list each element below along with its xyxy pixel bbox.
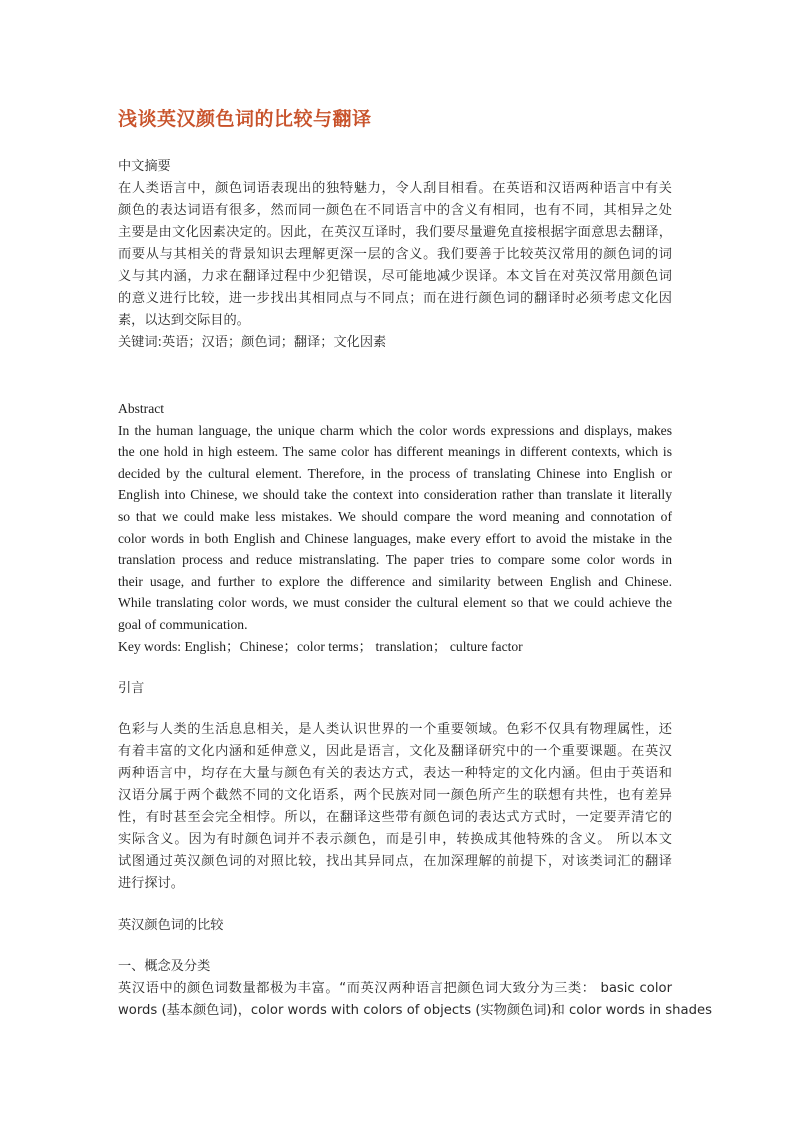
introduction-line: 汉语分属于两个截然不同的文化语系，两个民族对同一颜色所产生的联想有共性，也有差异 <box>118 785 672 807</box>
comparison-heading-block: 英汉颜色词的比较 <box>118 915 672 937</box>
document-title: 浅谈英汉颜色词的比较与翻译 <box>118 104 372 131</box>
introduction-line: 性，有时甚至会完全相悖。所以，在翻译这些带有颜色词的表达式方式时，一定要弄清它的 <box>118 807 672 829</box>
comparison-section: 一、概念及分类 英汉语中的颜色词数量都极为丰富。“而英汉两种语言把颜色词大致分为… <box>118 956 672 1022</box>
introduction-heading: 引言 <box>118 678 672 700</box>
introduction-heading-block: 引言 <box>118 678 672 700</box>
en-abstract-line: goal of communication. <box>118 614 672 636</box>
en-abstract-line: In the human language, the unique charm … <box>118 420 672 442</box>
cn-abstract-line: 在人类语言中，颜色词语表现出的独特魅力，令人刮目相看。在英语和汉语两种语言中有关 <box>118 178 672 200</box>
cn-abstract-section: 中文摘要 在人类语言中，颜色词语表现出的独特魅力，令人刮目相看。在英语和汉语两种… <box>118 156 672 354</box>
introduction-line: 试图通过英汉颜色词的对照比较，找出其异同点，在加深理解的前提下，对该类词汇的翻译 <box>118 851 672 873</box>
introduction-line: 有着丰富的文化内涵和延伸意义，因此是语言，文化及翻译研究中的一个重要课题。在英汉 <box>118 741 672 763</box>
comparison-subheading: 一、概念及分类 <box>118 956 672 978</box>
en-abstract-line: the one hold in high esteem. The same co… <box>118 441 672 463</box>
en-abstract-line: their usage, and further to explore the … <box>118 571 672 593</box>
introduction-line: 进行探讨。 <box>118 873 672 895</box>
en-abstract-line: While translating color words, we must c… <box>118 592 672 614</box>
cn-keywords: 关键词:英语；汉语；颜色词；翻译；文化因素 <box>118 332 672 354</box>
cn-abstract-line: 素，以达到交际目的。 <box>118 310 672 332</box>
cn-abstract-line: 而要从与其相关的背景知识去理解更深一层的含义。我们要善于比较英汉常用的颜色词的词 <box>118 244 672 266</box>
cn-abstract-line: 的意义进行比较，进一步找出其相同点与不同点；而在进行颜色词的翻译时必须考虑文化因 <box>118 288 672 310</box>
introduction-line: 两种语言中，均存在大量与颜色有关的表达方式，表达一种特定的文化内涵。但由于英语和 <box>118 763 672 785</box>
en-abstract-line: decided by the cultural element. Therefo… <box>118 463 672 485</box>
cn-abstract-heading: 中文摘要 <box>118 156 672 178</box>
introduction-line: 实际含义。因为有时颜色词并不表示颜色，而是引申，转换成其他特殊的含义。 所以本文 <box>118 829 672 851</box>
en-keywords: Key words: English；Chinese；color terms； … <box>118 636 672 658</box>
en-abstract-heading: Abstract <box>118 398 672 420</box>
en-abstract-section: Abstract In the human language, the uniq… <box>118 398 672 657</box>
en-abstract-line: translation process and reduce mistransl… <box>118 549 672 571</box>
cn-abstract-line: 颜色的表达词语有很多，然而同一颜色在不同语言中的含义有相同，也有不同，其相异之处 <box>118 200 672 222</box>
en-abstract-line: English into Chinese, we should take the… <box>118 484 672 506</box>
comparison-heading: 英汉颜色词的比较 <box>118 915 672 937</box>
introduction-line: 色彩与人类的生活息息相关，是人类认识世界的一个重要领域。色彩不仅具有物理属性，还 <box>118 719 672 741</box>
comparison-line: 英汉语中的颜色词数量都极为丰富。“而英汉两种语言把颜色词大致分为三类： basi… <box>118 978 672 1000</box>
cn-abstract-line: 主要是由文化因素决定的。因此，在英汉互译时，我们要尽量避免直接根据字面意思去翻译… <box>118 222 672 244</box>
cn-abstract-line: 义与其内涵，力求在翻译过程中少犯错误，尽可能地减少误译。本文旨在对英汉常用颜色词 <box>118 266 672 288</box>
en-abstract-line: color words in both English and Chinese … <box>118 528 672 550</box>
comparison-line: words (基本颜色词)，color words with colors of… <box>118 1000 672 1022</box>
introduction-section: 色彩与人类的生活息息相关，是人类认识世界的一个重要领域。色彩不仅具有物理属性，还… <box>118 719 672 895</box>
en-abstract-line: so that we could make less mistakes. We … <box>118 506 672 528</box>
